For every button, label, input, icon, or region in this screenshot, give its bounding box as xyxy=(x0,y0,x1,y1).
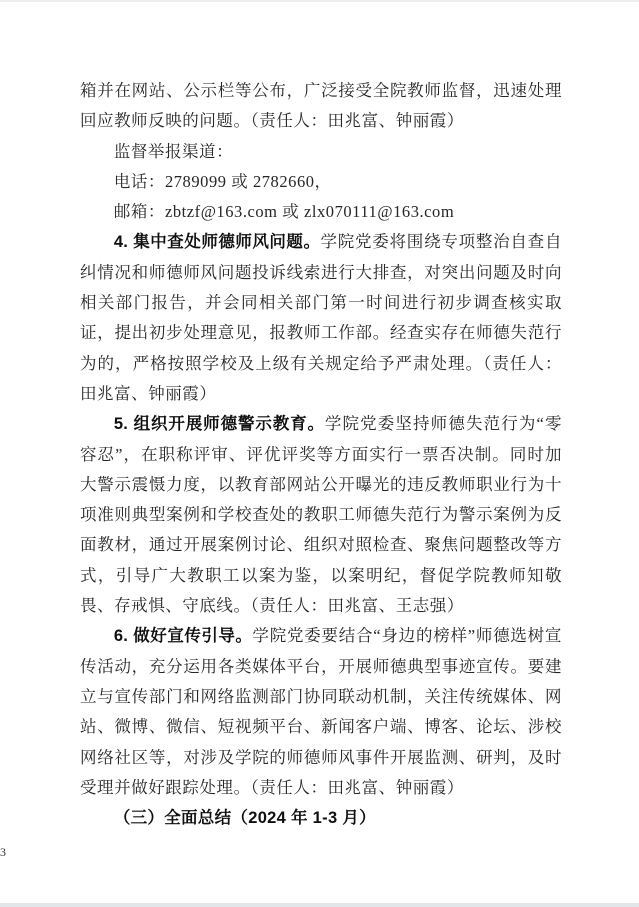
page-number: 3 xyxy=(0,845,639,859)
item-6-paragraph: 6. 做好宣传引导。学院党委要结合“身边的榜样”师德选树宣传活动，充分运用各类媒… xyxy=(80,621,562,803)
item-4-paragraph: 4. 集中查处师德师风问题。学院党委将围绕专项整治自查自纠情况和师德师风问题投诉… xyxy=(80,227,562,409)
document-viewer: 箱并在网站、公示栏等公布，广泛接受全院教师监督，迅速处理回应教师反映的问题。（责… xyxy=(0,0,639,907)
supervision-phone-line: 电话：2789099 或 2782660， xyxy=(80,167,562,197)
item-5-heading: 5. 组织开展师德警示教育。 xyxy=(114,415,325,433)
item-4-body: 学院党委将围绕专项整治自查自纠情况和师德师风问题投诉线索进行大排查，对突出问题及… xyxy=(80,232,562,402)
supervision-channels-title: 监督举报渠道： xyxy=(80,137,562,167)
item-6-heading: 6. 做好宣传引导。 xyxy=(114,627,253,645)
item-5-body: 学院党委坚持师德失范行为“零容忍”，在职称评审、评优评奖等方面实行一票否决制。同… xyxy=(80,414,562,615)
document-page: 箱并在网站、公示栏等公布，广泛接受全院教师监督，迅速处理回应教师反映的问题。（责… xyxy=(0,2,639,903)
item-6-body: 学院党委要结合“身边的榜样”师德选树宣传活动，充分运用各类媒体平台，开展师德典型… xyxy=(80,626,562,796)
item-5-paragraph: 5. 组织开展师德警示教育。学院党委坚持师德失范行为“零容忍”，在职称评审、评优… xyxy=(80,409,562,621)
supervision-email-line: 邮箱：zbtzf@163.com 或 zlx070111@163.com xyxy=(80,197,562,227)
section-3-heading: （三）全面总结（2024 年 1-3 月） xyxy=(80,803,562,833)
paragraph-continuation: 箱并在网站、公示栏等公布，广泛接受全院教师监督，迅速处理回应教师反映的问题。（责… xyxy=(80,76,562,137)
item-4-heading: 4. 集中查处师德师风问题。 xyxy=(114,233,321,251)
